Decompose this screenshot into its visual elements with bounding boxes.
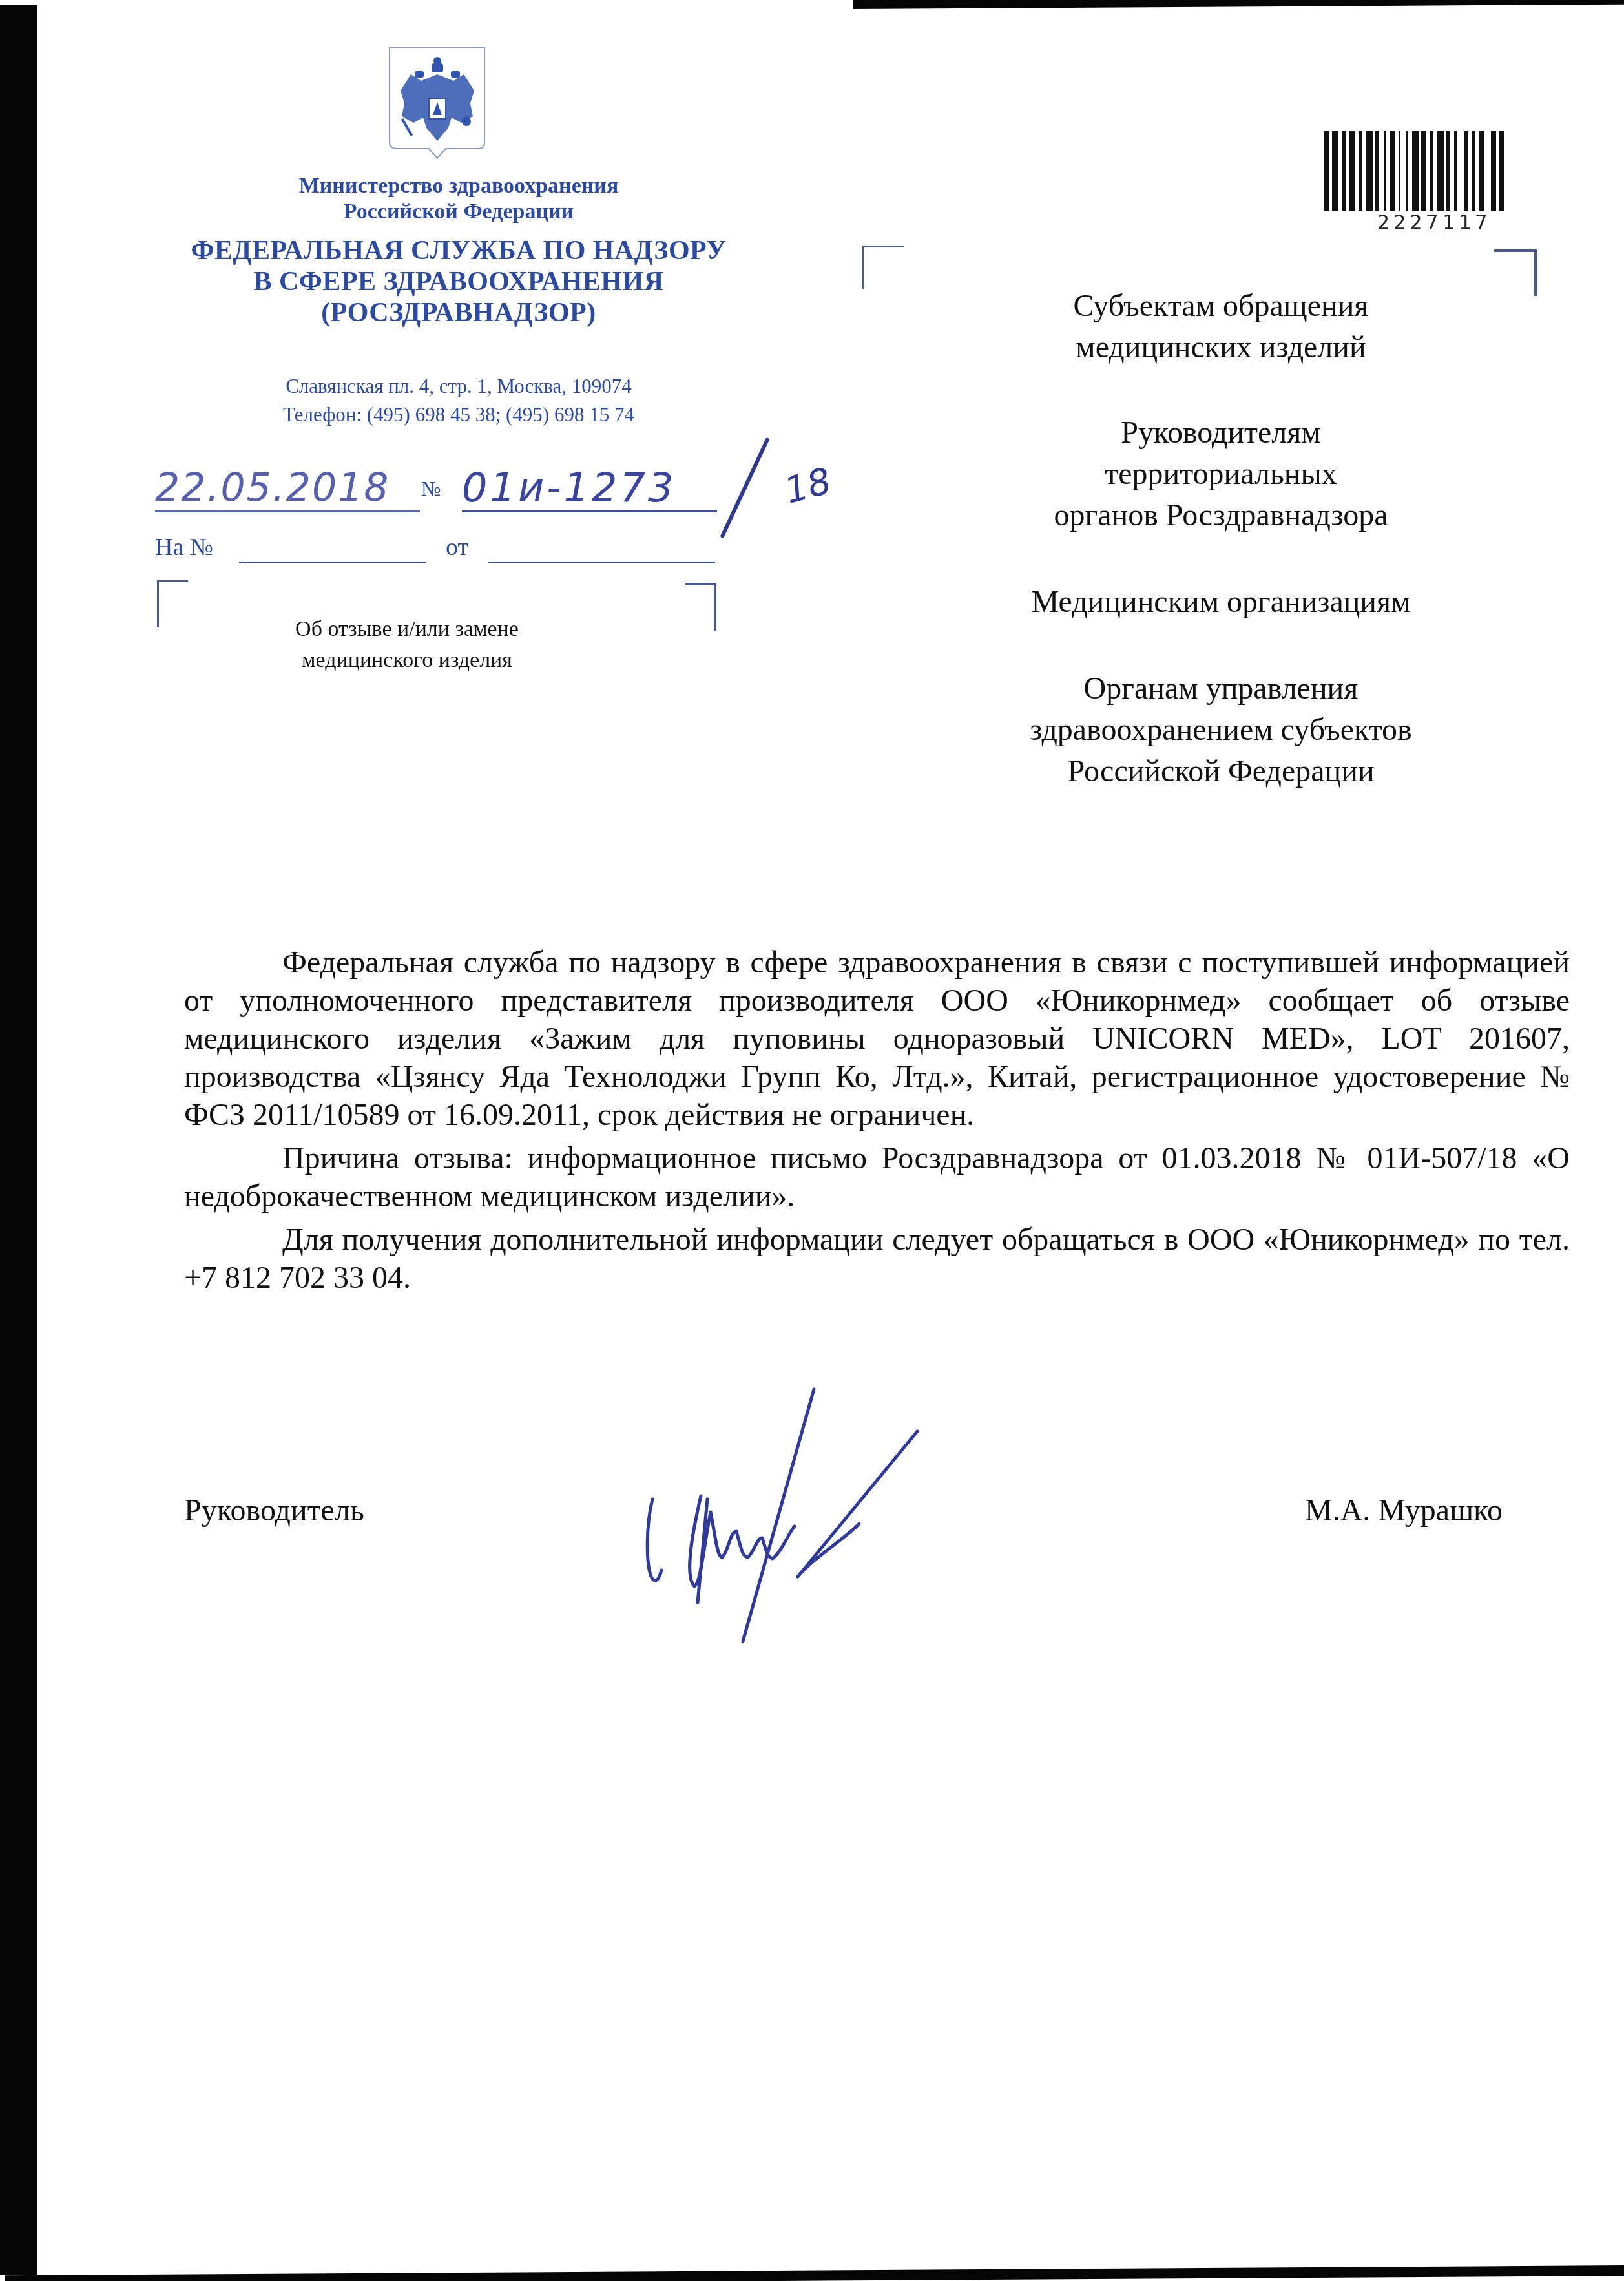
subject-line-1: Об отзыве и/или замене — [213, 614, 601, 645]
recipient-bracket-left — [862, 246, 904, 289]
ministry-line-1: Министерство здравоохранения — [174, 173, 743, 199]
registration-date: 22.05.2018 — [155, 465, 420, 512]
recipient-line: Органам управления — [930, 668, 1512, 710]
coat-of-arms-icon — [388, 45, 488, 162]
ministry-name: Министерство здравоохранения Российской … — [174, 173, 743, 225]
barcode-icon — [1324, 131, 1525, 211]
body-paragraph: Для получения дополнительной информации … — [184, 1221, 1570, 1297]
reply-number-label: На № — [155, 533, 213, 562]
recipient-line: Субъектам обращения — [930, 286, 1512, 327]
recipient: Медицинским организациям — [930, 582, 1512, 623]
recipient-line: Российской Федерации — [930, 751, 1512, 792]
subject-block: Об отзыве и/или замене медицинского изде… — [213, 614, 601, 676]
signatory-role: Руководитель — [184, 1493, 364, 1528]
recipient-line: Медицинским организациям — [930, 582, 1512, 623]
recipient-line: здравоохранением субъектов — [930, 710, 1512, 751]
subject-line-2: медицинского изделия — [213, 645, 601, 676]
subject-bracket-right — [685, 583, 716, 631]
registration-number-label: № — [421, 477, 441, 501]
scan-edge-left — [0, 5, 37, 2275]
reply-number-blank — [239, 562, 426, 563]
registration-number: 01и-1273 — [462, 465, 717, 512]
ministry-line-2: Российской Федерации — [174, 199, 743, 225]
body-paragraph: Причина отзыва: информационное письмо Ро… — [184, 1139, 1570, 1215]
service-name: ФЕДЕРАЛЬНАЯ СЛУЖБА ПО НАДЗОРУ В СФЕРЕ ЗД… — [129, 235, 788, 328]
recipient-line: медицинских изделий — [930, 327, 1512, 368]
handwritten-signature-icon — [640, 1383, 975, 1654]
recipient: Руководителям территориальных органов Ро… — [930, 412, 1512, 536]
service-line-2: В СФЕРЕ ЗДРАВООХРАНЕНИЯ — [129, 266, 788, 297]
reply-reference-line: На № от — [155, 533, 736, 572]
address-line: Славянская пл. 4, стр. 1, Москва, 109074 — [174, 372, 743, 401]
recipients-block: Субъектам обращения медицинских изделий … — [930, 286, 1512, 836]
recipient: Органам управления здравоохранением субъ… — [930, 668, 1512, 792]
signatory-name: М.А. Мурашко — [1305, 1493, 1503, 1528]
reply-date-label: от — [446, 533, 468, 562]
service-line-3: (РОСЗДРАВНАДЗОР) — [129, 297, 788, 328]
barcode-number: 2227117 — [1353, 210, 1515, 235]
letter-body: Федеральная служба по надзору в сфере зд… — [184, 943, 1570, 1302]
scan-edge-bottom — [5, 2265, 1624, 2281]
scan-edge-top — [853, 0, 1624, 9]
subject-bracket-left — [157, 580, 188, 627]
body-paragraph: Федеральная служба по надзору в сфере зд… — [184, 943, 1570, 1134]
recipient: Субъектам обращения медицинских изделий — [930, 286, 1512, 368]
registration-line: 22.05.2018 № 01и-1273 — [155, 465, 866, 517]
phone-line: Телефон: (495) 698 45 38; (495) 698 15 7… — [174, 401, 743, 429]
recipient-line: территориальных — [930, 454, 1512, 495]
address-block: Славянская пл. 4, стр. 1, Москва, 109074… — [174, 372, 743, 429]
reply-date-blank — [488, 562, 715, 563]
service-line-1: ФЕДЕРАЛЬНАЯ СЛУЖБА ПО НАДЗОРУ — [129, 235, 788, 266]
recipient-line: органов Росздравнадзора — [930, 495, 1512, 536]
recipient-line: Руководителям — [930, 412, 1512, 454]
